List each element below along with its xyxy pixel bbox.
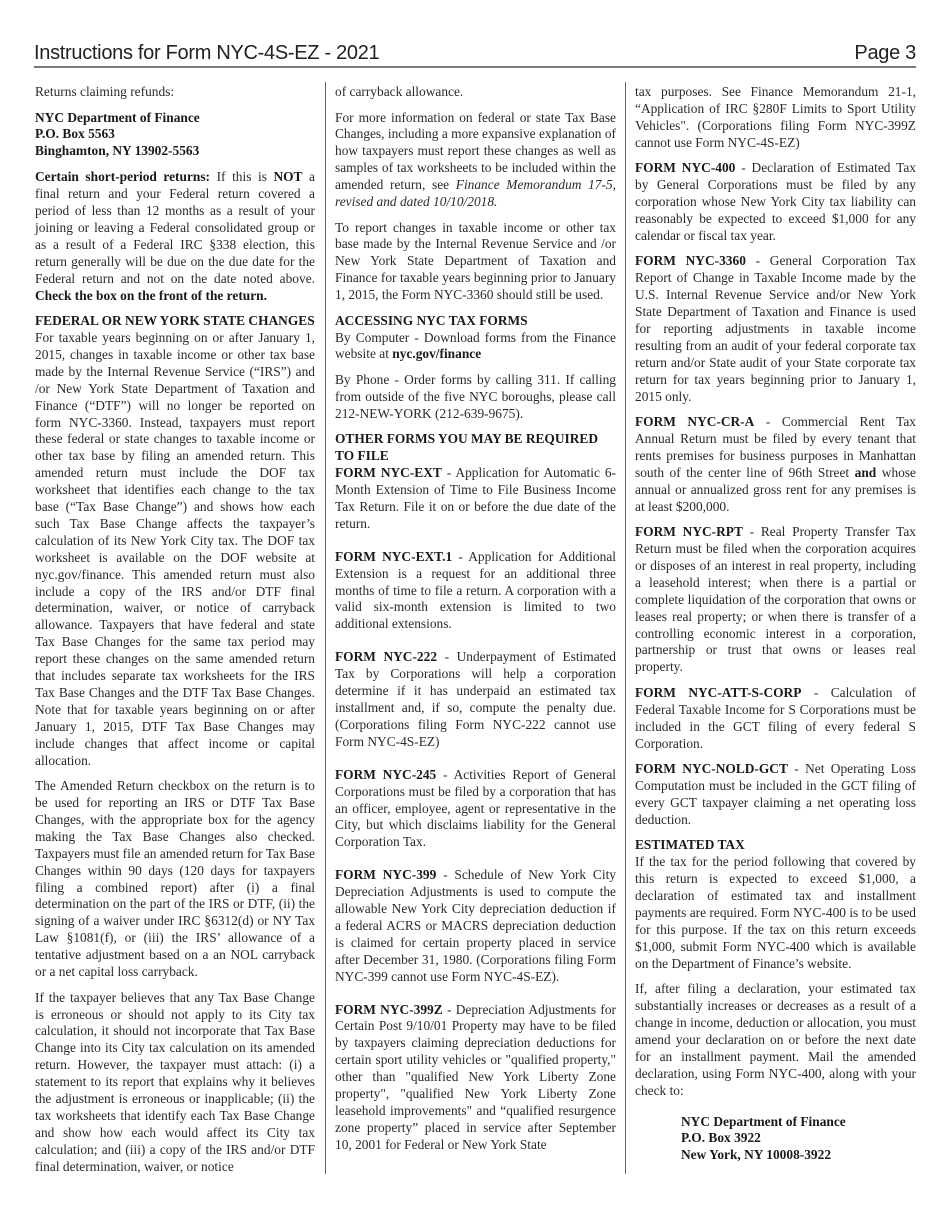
prior-2015-paragraph: To report changes in taxable income or o… <box>335 220 616 305</box>
column-2: of carryback allowance. For more informa… <box>335 84 616 1154</box>
erroneous-change-paragraph: If the taxpayer believes that any Tax Ba… <box>35 990 315 1176</box>
refunds-intro: Returns claiming refunds: <box>35 84 315 101</box>
finance-website-link[interactable]: nyc.gov/finance <box>392 346 481 361</box>
section-heading-federal-changes: FEDERAL OR NEW YORK STATE CHANGES <box>35 313 315 330</box>
section-heading-other-forms: OTHER FORMS YOU MAY BE REQUIRED TO FILE <box>335 431 616 465</box>
form-entry-nyc-cr-a: FORM NYC-CR-A - Commercial Rent Tax Annu… <box>635 414 916 515</box>
form-entry-nyc-400: FORM NYC-400 - Declaration of Estimated … <box>635 160 916 245</box>
section-heading-estimated-tax: ESTIMATED TAX <box>635 837 916 854</box>
form-entry-nyc-245: FORM NYC-245 - Activities Report of Gene… <box>335 767 616 852</box>
refund-mailing-address: NYC Department of Finance P.O. Box 5563 … <box>35 110 315 161</box>
form-entry-nyc-3360: FORM NYC-3360 - General Corporation Tax … <box>635 253 916 405</box>
page-header: Instructions for Form NYC-4S-EZ - 2021 P… <box>34 36 916 68</box>
form-entry-nyc-rpt: FORM NYC-RPT - Real Property Transfer Ta… <box>635 524 916 676</box>
form-entry-nyc-ext1: FORM NYC-EXT.1 - Application for Additio… <box>335 549 616 634</box>
form-entry-nyc-222: FORM NYC-222 - Underpayment of Estimated… <box>335 649 616 750</box>
column-divider <box>625 82 626 1174</box>
form-entry-nyc-nold-gct: FORM NYC-NOLD-GCT - Net Operating Loss C… <box>635 761 916 829</box>
form-entry-nyc-att-s-corp: FORM NYC-ATT-S-CORP - Calculation of Fed… <box>635 685 916 753</box>
section-heading-accessing-forms: ACCESSING NYC TAX FORMS <box>335 313 616 330</box>
form-entry-nyc-399z: FORM NYC-399Z - Depreciation Adjustments… <box>335 1002 616 1154</box>
by-computer-paragraph: By Computer - Download forms from the Fi… <box>335 330 616 364</box>
form-entry-nyc-399: FORM NYC-399 - Schedule of New York City… <box>335 867 616 985</box>
column-1: Returns claiming refunds: NYC Department… <box>35 84 315 1176</box>
more-info-paragraph: For more information on federal or state… <box>335 110 616 211</box>
estimated-tax-paragraph: If the tax for the period following that… <box>635 854 916 972</box>
column-3: tax purposes. See Finance Memorandum 21-… <box>635 84 916 1173</box>
continued-text: tax purposes. See Finance Memorandum 21-… <box>635 84 916 152</box>
continued-text: of carryback allowance. <box>335 84 616 101</box>
amend-declaration-paragraph: If, after filing a declaration, your est… <box>635 981 916 1099</box>
by-phone-paragraph: By Phone - Order forms by calling 311. I… <box>335 372 616 423</box>
document-title: Instructions for Form NYC-4S-EZ - 2021 <box>34 42 379 64</box>
page-number: Page 3 <box>854 42 916 64</box>
column-divider <box>325 82 326 1174</box>
amended-return-paragraph: The Amended Return checkbox on the retur… <box>35 778 315 981</box>
short-period-returns: Certain short-period returns: If this is… <box>35 169 315 304</box>
federal-changes-paragraph: For taxable years beginning on or after … <box>35 330 315 770</box>
estimated-tax-mailing-address: NYC Department of Finance P.O. Box 3922 … <box>635 1114 916 1165</box>
form-entry-nyc-ext: FORM NYC-EXT - Application for Automatic… <box>335 465 616 533</box>
